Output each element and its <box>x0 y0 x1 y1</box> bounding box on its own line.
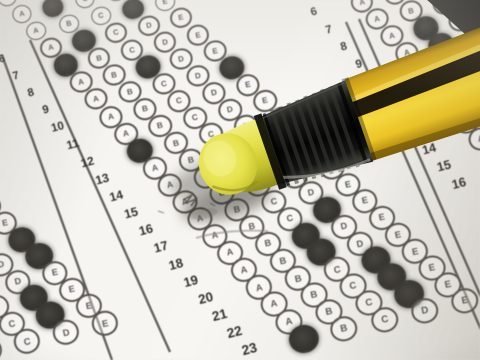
photo-of-answer-sheet: EEEDEDECDECDEBCDEBCDEABCD4ABCDE5ABCDE6AB… <box>0 0 480 360</box>
